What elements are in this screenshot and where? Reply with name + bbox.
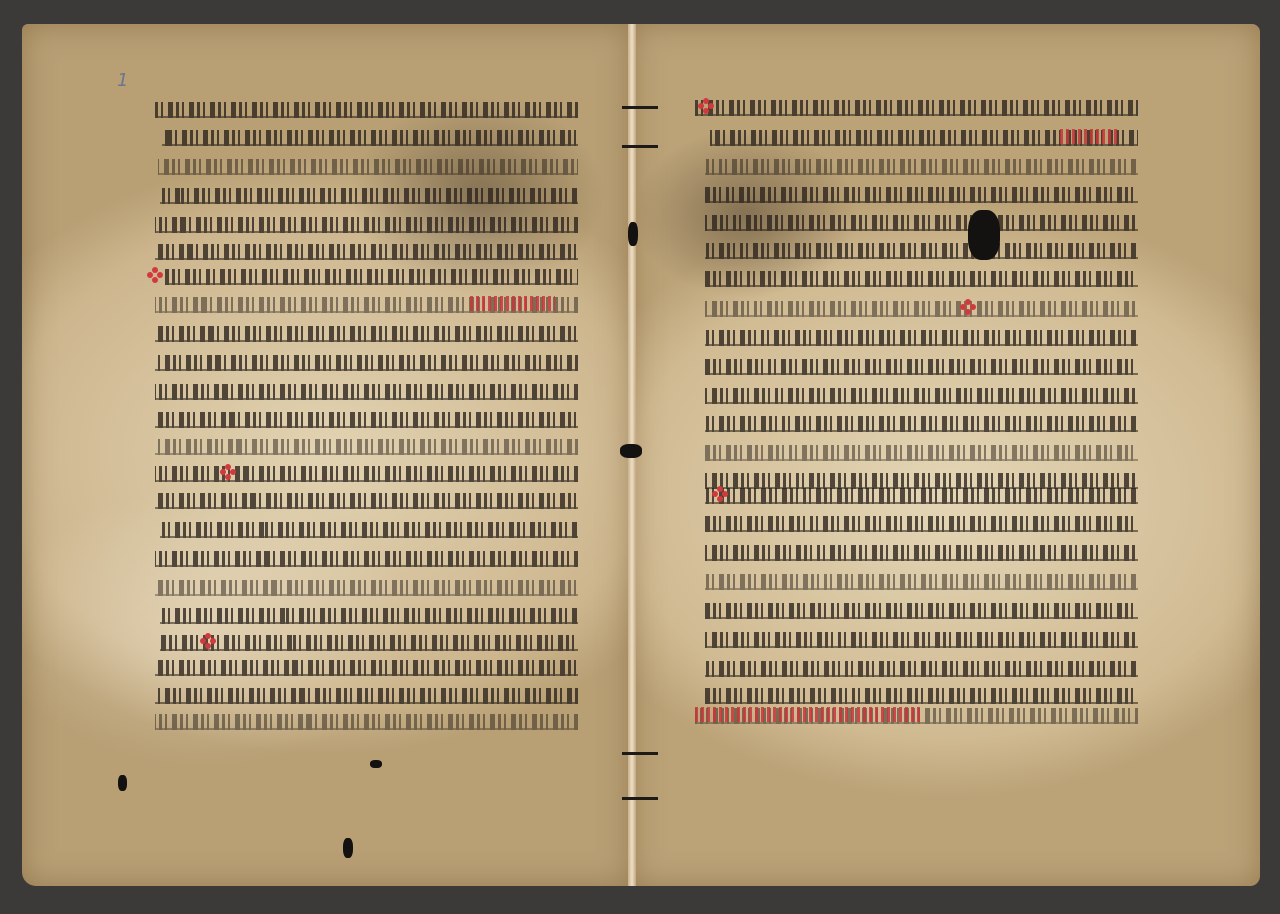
right-page-script-line	[705, 441, 1138, 463]
right-page-script-line	[705, 684, 1138, 706]
right-page-script-line	[705, 211, 1138, 233]
red-rosette-icon	[960, 299, 976, 315]
red-rosette-icon	[200, 633, 216, 649]
left-page-script-line	[160, 604, 578, 626]
left-page-script-line	[155, 380, 578, 402]
right-page-script-line	[695, 96, 1138, 118]
parchment-hole	[968, 210, 1000, 260]
left-page-script-line	[160, 184, 578, 206]
red-rosette-icon	[220, 464, 236, 480]
left-page-script-line	[155, 489, 578, 511]
left-page-script-line	[155, 213, 578, 235]
left-page-script-line	[160, 518, 578, 540]
right-page-script-line	[705, 355, 1138, 377]
right-page-script-line	[705, 155, 1138, 177]
left-page-script-line	[162, 126, 578, 148]
left-page-script-line	[165, 265, 578, 287]
right-page-script-line	[705, 512, 1138, 534]
parchment-hole	[343, 838, 353, 858]
left-page-script-line	[155, 98, 578, 120]
left-page-script-line	[155, 547, 578, 569]
left-page-script-line	[155, 408, 578, 430]
right-page-script-line	[705, 599, 1138, 621]
parchment-hole	[620, 444, 642, 458]
right-page-script-line	[705, 657, 1138, 679]
red-rubric	[1060, 129, 1120, 144]
red-rosette-icon	[712, 486, 728, 502]
right-page-script-line	[705, 297, 1138, 319]
right-page-script-line	[710, 126, 1138, 148]
red-rubric	[695, 707, 920, 722]
left-page-script-line	[160, 631, 578, 653]
left-page-script-line	[155, 576, 578, 598]
right-page-script-line	[705, 484, 1138, 506]
right-page-script-line	[705, 183, 1138, 205]
red-rosette-icon	[698, 98, 714, 114]
right-page-script-line	[705, 412, 1138, 434]
left-page-script-line	[158, 155, 578, 177]
red-rubric	[470, 296, 555, 311]
left-page-script-line	[155, 684, 578, 706]
parchment-hole	[370, 760, 382, 768]
left-page-script-line	[155, 462, 578, 484]
right-page-script-line	[705, 267, 1138, 289]
folio-number: 1	[117, 70, 128, 91]
left-page-script-line	[155, 240, 578, 262]
parchment-hole	[118, 775, 127, 791]
right-page-script-line	[705, 326, 1138, 348]
left-page-script-line	[155, 322, 578, 344]
right-page-script-line	[705, 239, 1138, 261]
left-page-script-line	[155, 656, 578, 678]
left-page-script-line	[155, 293, 578, 315]
red-rosette-icon	[147, 267, 163, 283]
left-page-script-line	[155, 710, 578, 732]
left-page-script-line	[155, 351, 578, 373]
right-page-script-line	[705, 541, 1138, 563]
right-page-script-line	[705, 628, 1138, 650]
binding-stitch	[622, 106, 658, 109]
right-page-script-line	[695, 704, 1138, 726]
parchment-hole	[628, 222, 638, 246]
binding-stitch	[622, 145, 658, 148]
binding-stitch	[622, 752, 658, 755]
left-page-script-line	[155, 435, 578, 457]
right-page-script-line	[705, 570, 1138, 592]
right-page-script-line	[705, 384, 1138, 406]
binding-stitch	[622, 797, 658, 800]
